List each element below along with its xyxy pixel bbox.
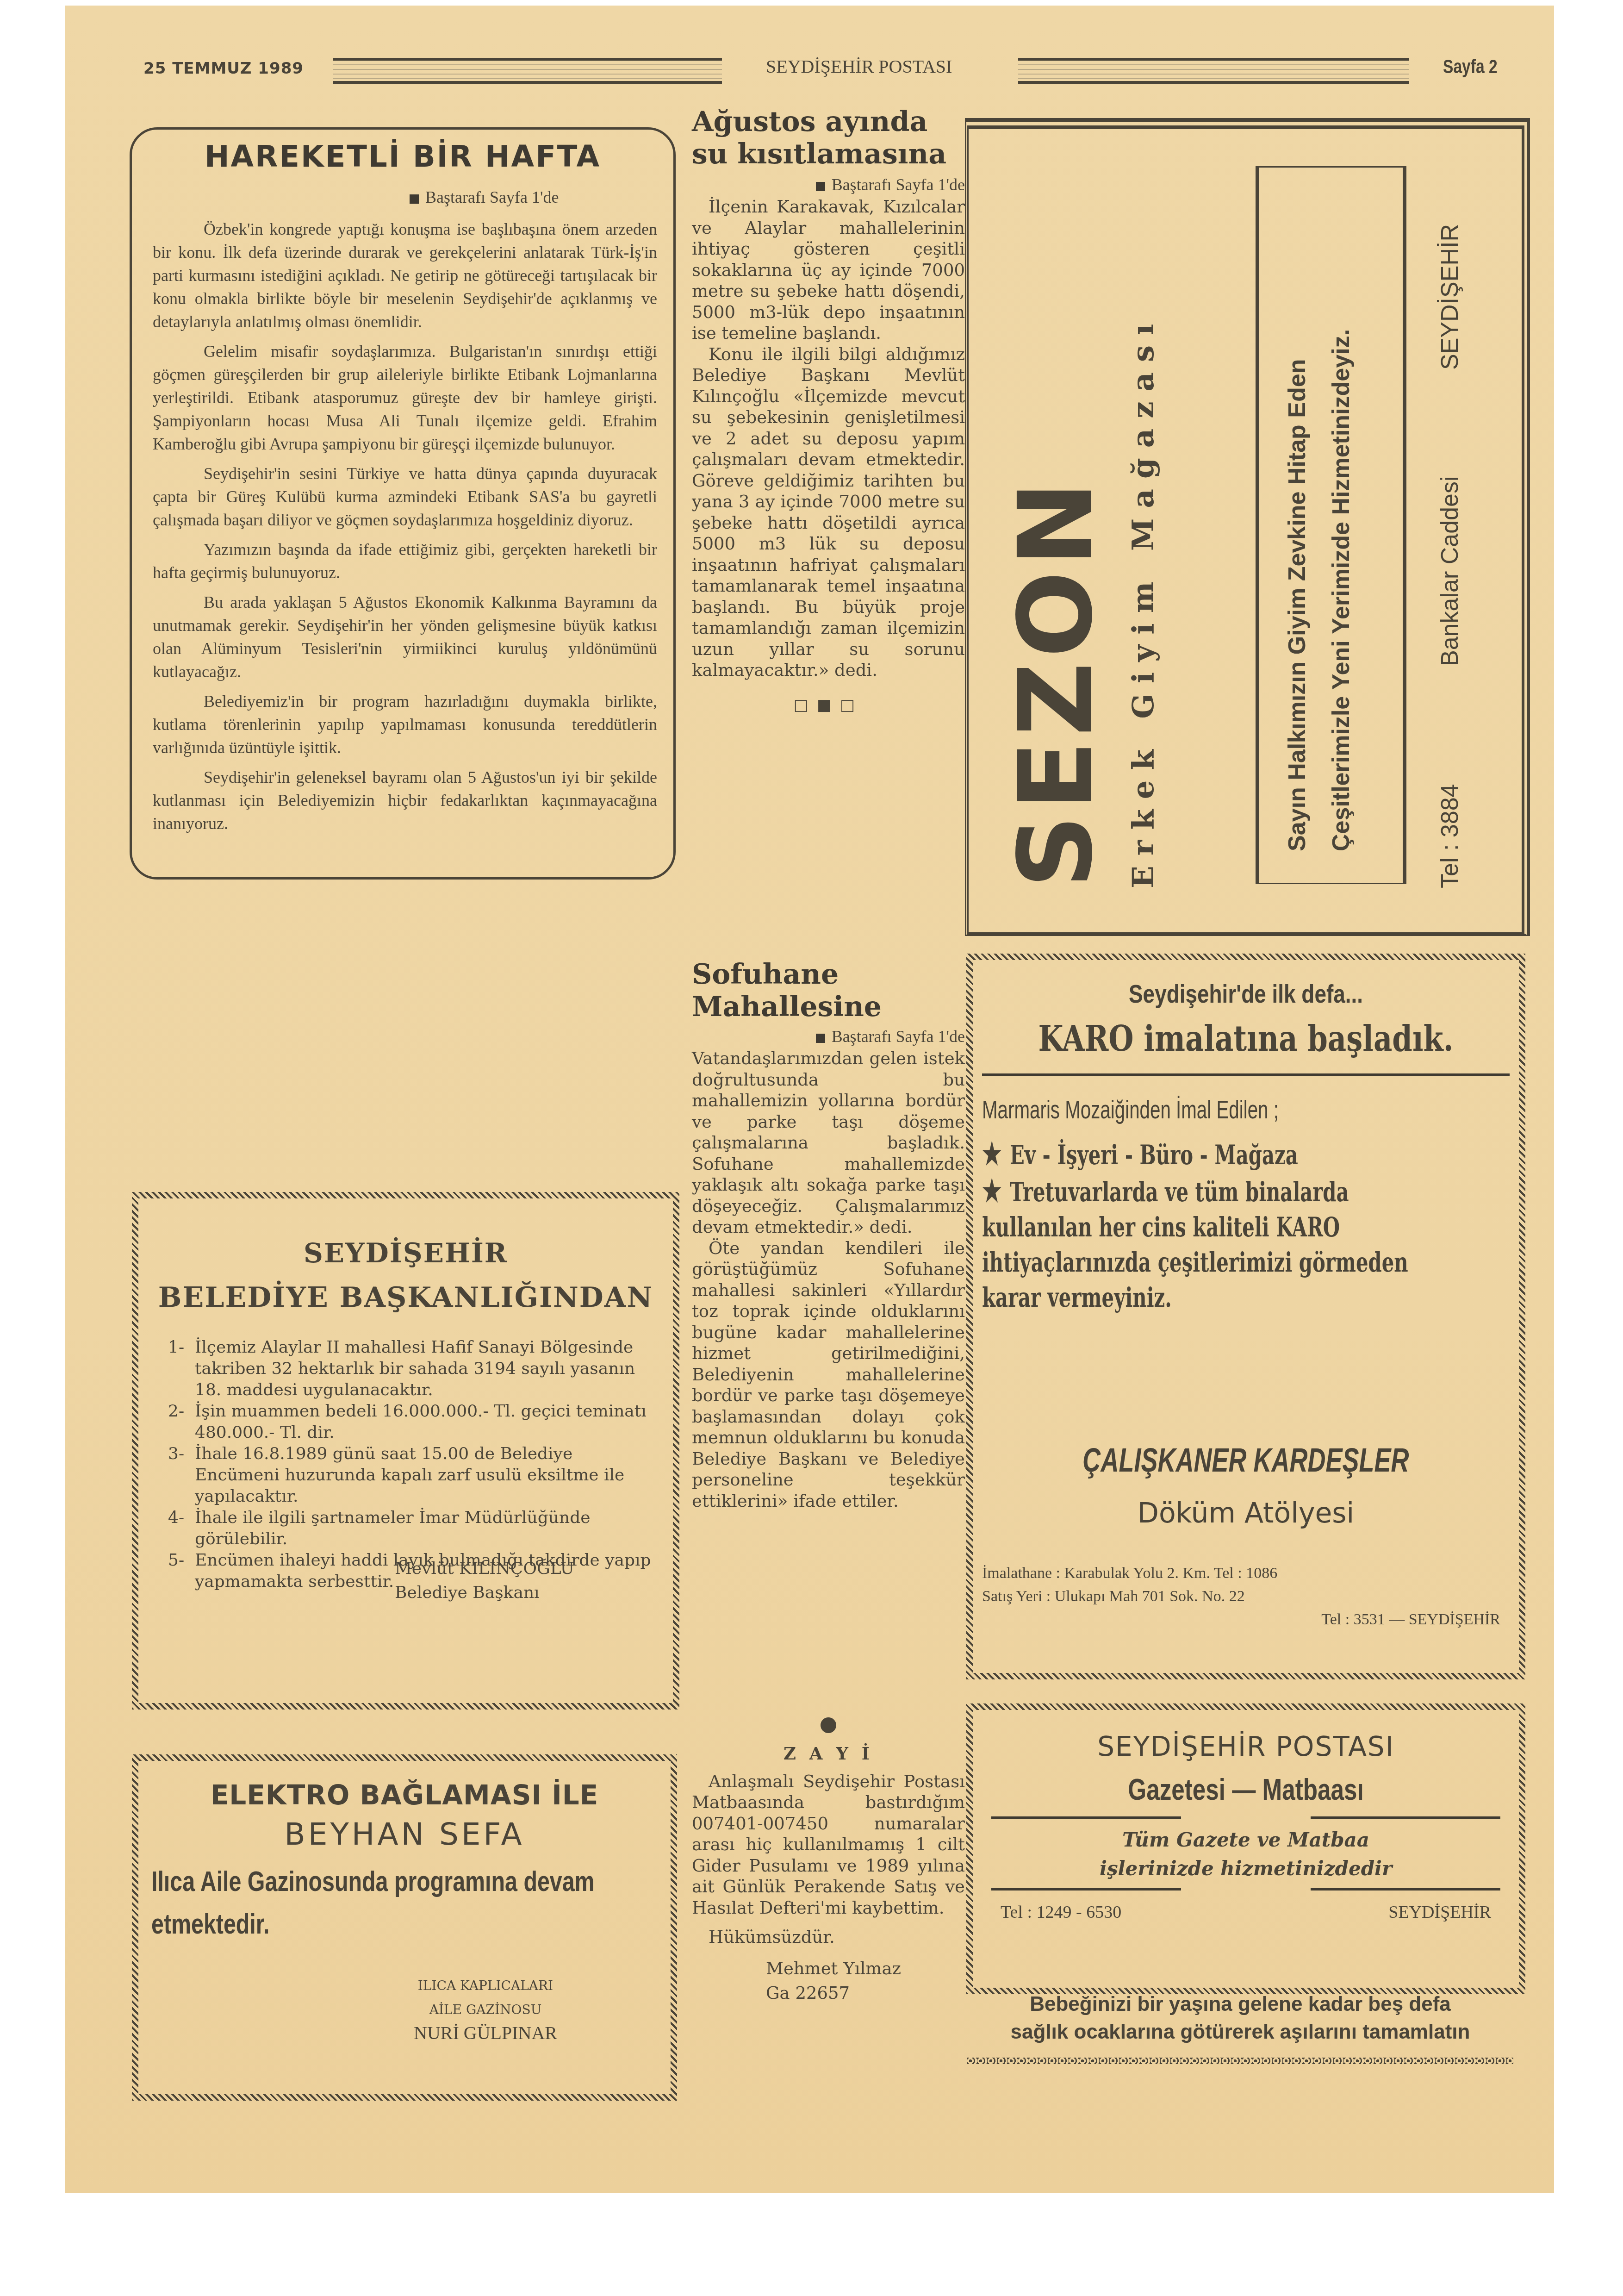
ad-headline: KARO imalatına başladık. — [1022, 1018, 1470, 1059]
notice-item: 1-İlçemiz Alaylar II mahallesi Hafif San… — [168, 1337, 659, 1401]
sezon-subtitle: Erkek Giyim Mağazası — [1126, 314, 1161, 888]
ad-subtitle: Gazetesi — Matbaası — [1027, 1772, 1464, 1807]
notice-signature: Mevlüt KILINÇOĞLU Belediye Başkanı — [395, 1557, 574, 1605]
psa-vaccination: Bebeğinizi bir yaşına gelene kadar beş d… — [967, 1990, 1513, 2046]
article-body: Özbek'in kongrede yaptığı konuşma ise ba… — [153, 218, 657, 842]
paragraph: Konu ile ilgili bilgi aldığımız Belediye… — [692, 344, 965, 681]
paragraph: Belediyemiz'in bir program hazırladığını… — [153, 690, 657, 759]
notice-title: Z A Y İ — [692, 1743, 965, 1765]
divider — [1311, 1888, 1500, 1890]
article-kicker: Baştarafı Sayfa 1'de — [410, 187, 559, 207]
ad-sezon: SEZON Erkek Giyim Mağazası Sayın Halkımı… — [965, 118, 1530, 936]
ad-seydisehir-postasi: SEYDİŞEHİR POSTASI Gazetesi — Matbaası T… — [966, 1703, 1525, 1994]
divider — [991, 1816, 1181, 1819]
ad-signature: ILICA KAPLICALARI AİLE GAZİNOSU NURİ GÜL… — [356, 1974, 615, 2044]
ad-karo-caliskaner: Seydişehir'de ilk defa... KARO imalatına… — [966, 954, 1525, 1679]
paragraph: Seydişehir'in sesini Türkiye ve hatta dü… — [153, 462, 657, 531]
notice-items: 1-İlçemiz Alaylar II mahallesi Hafif San… — [168, 1337, 659, 1592]
paragraph: Seydişehir'in geleneksel bayramı olan 5 … — [153, 766, 657, 835]
sezon-street: Bankalar Caddesi — [1436, 476, 1464, 666]
page-number: Sayfa 2 — [1443, 56, 1498, 78]
notice-item: 3-İhale 16.8.1989 günü saat 15.00 de Bel… — [168, 1443, 659, 1507]
company-address: İmalathane : Karabulak Yolu 2. Km. Tel :… — [982, 1562, 1537, 1631]
notice-title-city: SEYDİŞEHİR — [145, 1237, 666, 1269]
notice-belediye-baskanligi: SEYDİŞEHİR BELEDİYE BAŞKANLIĞINDAN 1-İlç… — [132, 1192, 679, 1710]
paragraph: Özbek'in kongrede yaptığı konuşma ise ba… — [153, 218, 657, 333]
notice-item: 2-İşin muammen bedeli 16.000.000.- Tl. g… — [168, 1401, 659, 1443]
star-icon: ★ — [982, 1136, 1002, 1172]
article-kicker: Baştarafı Sayfa 1'de — [692, 175, 965, 194]
paragraph: Anlaşmalı Seydişehir Postası Matbaasında… — [692, 1771, 965, 1919]
article-agustos-su: Ağustos ayında su kısıtlamasına Baştaraf… — [692, 106, 965, 716]
square-bullet-icon — [816, 1034, 825, 1043]
signature-id: Ga 22657 — [692, 1983, 965, 2004]
issue-date: 25 TEMMUZ 1989 — [143, 59, 304, 78]
sezon-tel: Tel : 3884 — [1436, 784, 1464, 889]
ad-bullet: ★Tretuvarlarda ve tüm binalarda kullanıl… — [982, 1173, 1455, 1315]
header-rule-right — [1018, 58, 1409, 84]
ad-title: SEYDİŞEHİR POSTASI — [973, 1731, 1519, 1762]
notice-zayi: Z A Y İ Anlaşmalı Seydişehir Postası Mat… — [692, 1717, 965, 2004]
article-sofuhane: Sofuhane Mahallesine Baştarafı Sayfa 1'd… — [692, 958, 965, 1511]
ad-beyhan-sefa: ELEKTRO BAĞLAMASI İLE BEYHAN SEFA Ilıca … — [132, 1754, 677, 2101]
article-hareketli-bir-hafta: HAREKETLİ BİR HAFTA Baştarafı Sayfa 1'de… — [130, 127, 676, 880]
signature-name: Mehmet Yılmaz — [692, 1958, 965, 1979]
star-icon: ★ — [982, 1173, 1002, 1209]
ad-body: Ilıca Aile Gazinosunda programına devam … — [151, 1860, 642, 1946]
paragraph: Gelelim misafir soydaşlarımıza. Bulgaris… — [153, 340, 657, 455]
paragraph: Vatandaşlarımızdan gelen istek doğrultus… — [692, 1048, 965, 1238]
ad-performer: BEYHAN SEFA — [138, 1816, 671, 1852]
section-separator: □■□ — [692, 695, 965, 716]
paragraph: İlçenin Karakavak, Kızılcalar ve Alaylar… — [692, 196, 965, 344]
article-title-line1: Sofuhane — [692, 958, 965, 991]
ad-bullet: ★Ev - İşyeri - Büro - Mağaza — [982, 1136, 1449, 1173]
divider — [991, 1888, 1181, 1890]
sezon-logo: SEZON — [996, 477, 1115, 888]
closing: Hükümsüzdür. — [692, 1927, 965, 1948]
ad-headline: ELEKTRO BAĞLAMASI İLE — [138, 1779, 671, 1811]
company-subtitle: Döküm Atölyesi — [973, 1497, 1519, 1529]
notice-title: BELEDİYE BAŞKANLIĞINDAN — [145, 1281, 666, 1314]
paragraph: Öte yandan kendileri ile görüştüğümüz So… — [692, 1238, 965, 1512]
ad-tel: Tel : 1249 - 6530 — [1001, 1902, 1121, 1922]
bullet-dot-icon — [821, 1717, 836, 1733]
article-kicker: Baştarafı Sayfa 1'de — [692, 1027, 965, 1046]
article-title-line2: Mahallesine — [692, 991, 965, 1023]
ad-intro: Seydişehir'de ilk defa... — [1022, 979, 1470, 1009]
square-bullet-icon — [410, 194, 419, 204]
article-title: HAREKETLİ BİR HAFTA — [132, 140, 673, 174]
square-bullet-icon — [816, 182, 825, 191]
newspaper-name: SEYDİŞEHİR POSTASI — [766, 56, 952, 77]
notice-item: 4-İhale ile ilgili şartnameler İmar Müdü… — [168, 1507, 659, 1550]
company-name: ÇALIŞKANER KARDEŞLER — [1041, 1441, 1451, 1479]
paragraph: Bu arada yaklaşan 5 Ağustos Ekonomik Kal… — [153, 591, 657, 683]
sezon-message-line2: Çeşitlerimizle Yeni Yerimizde Hizmetiniz… — [1327, 329, 1355, 851]
article-title: Ağustos ayında su kısıtlamasına — [692, 106, 965, 170]
ad-product-line: Marmaris Mozaiğinden İmal Edilen ; — [982, 1094, 1449, 1124]
ornamental-rule — [967, 2058, 1513, 2064]
sezon-message-line1: Sayın Halkımızın Giyim Zevkine Hitap Ede… — [1283, 359, 1311, 851]
divider — [982, 1073, 1510, 1076]
header-rule-left — [333, 58, 722, 84]
sezon-city: SEYDİŞEHİR — [1436, 224, 1464, 370]
divider — [1311, 1816, 1500, 1819]
ad-slogan: Tüm Gazete ve Matbaa işlerinizde hizmeti… — [973, 1826, 1519, 1883]
ad-city: SEYDİŞEHİR — [1388, 1902, 1491, 1922]
paragraph: Yazımızın başında da ifade ettiğimiz gib… — [153, 538, 657, 584]
